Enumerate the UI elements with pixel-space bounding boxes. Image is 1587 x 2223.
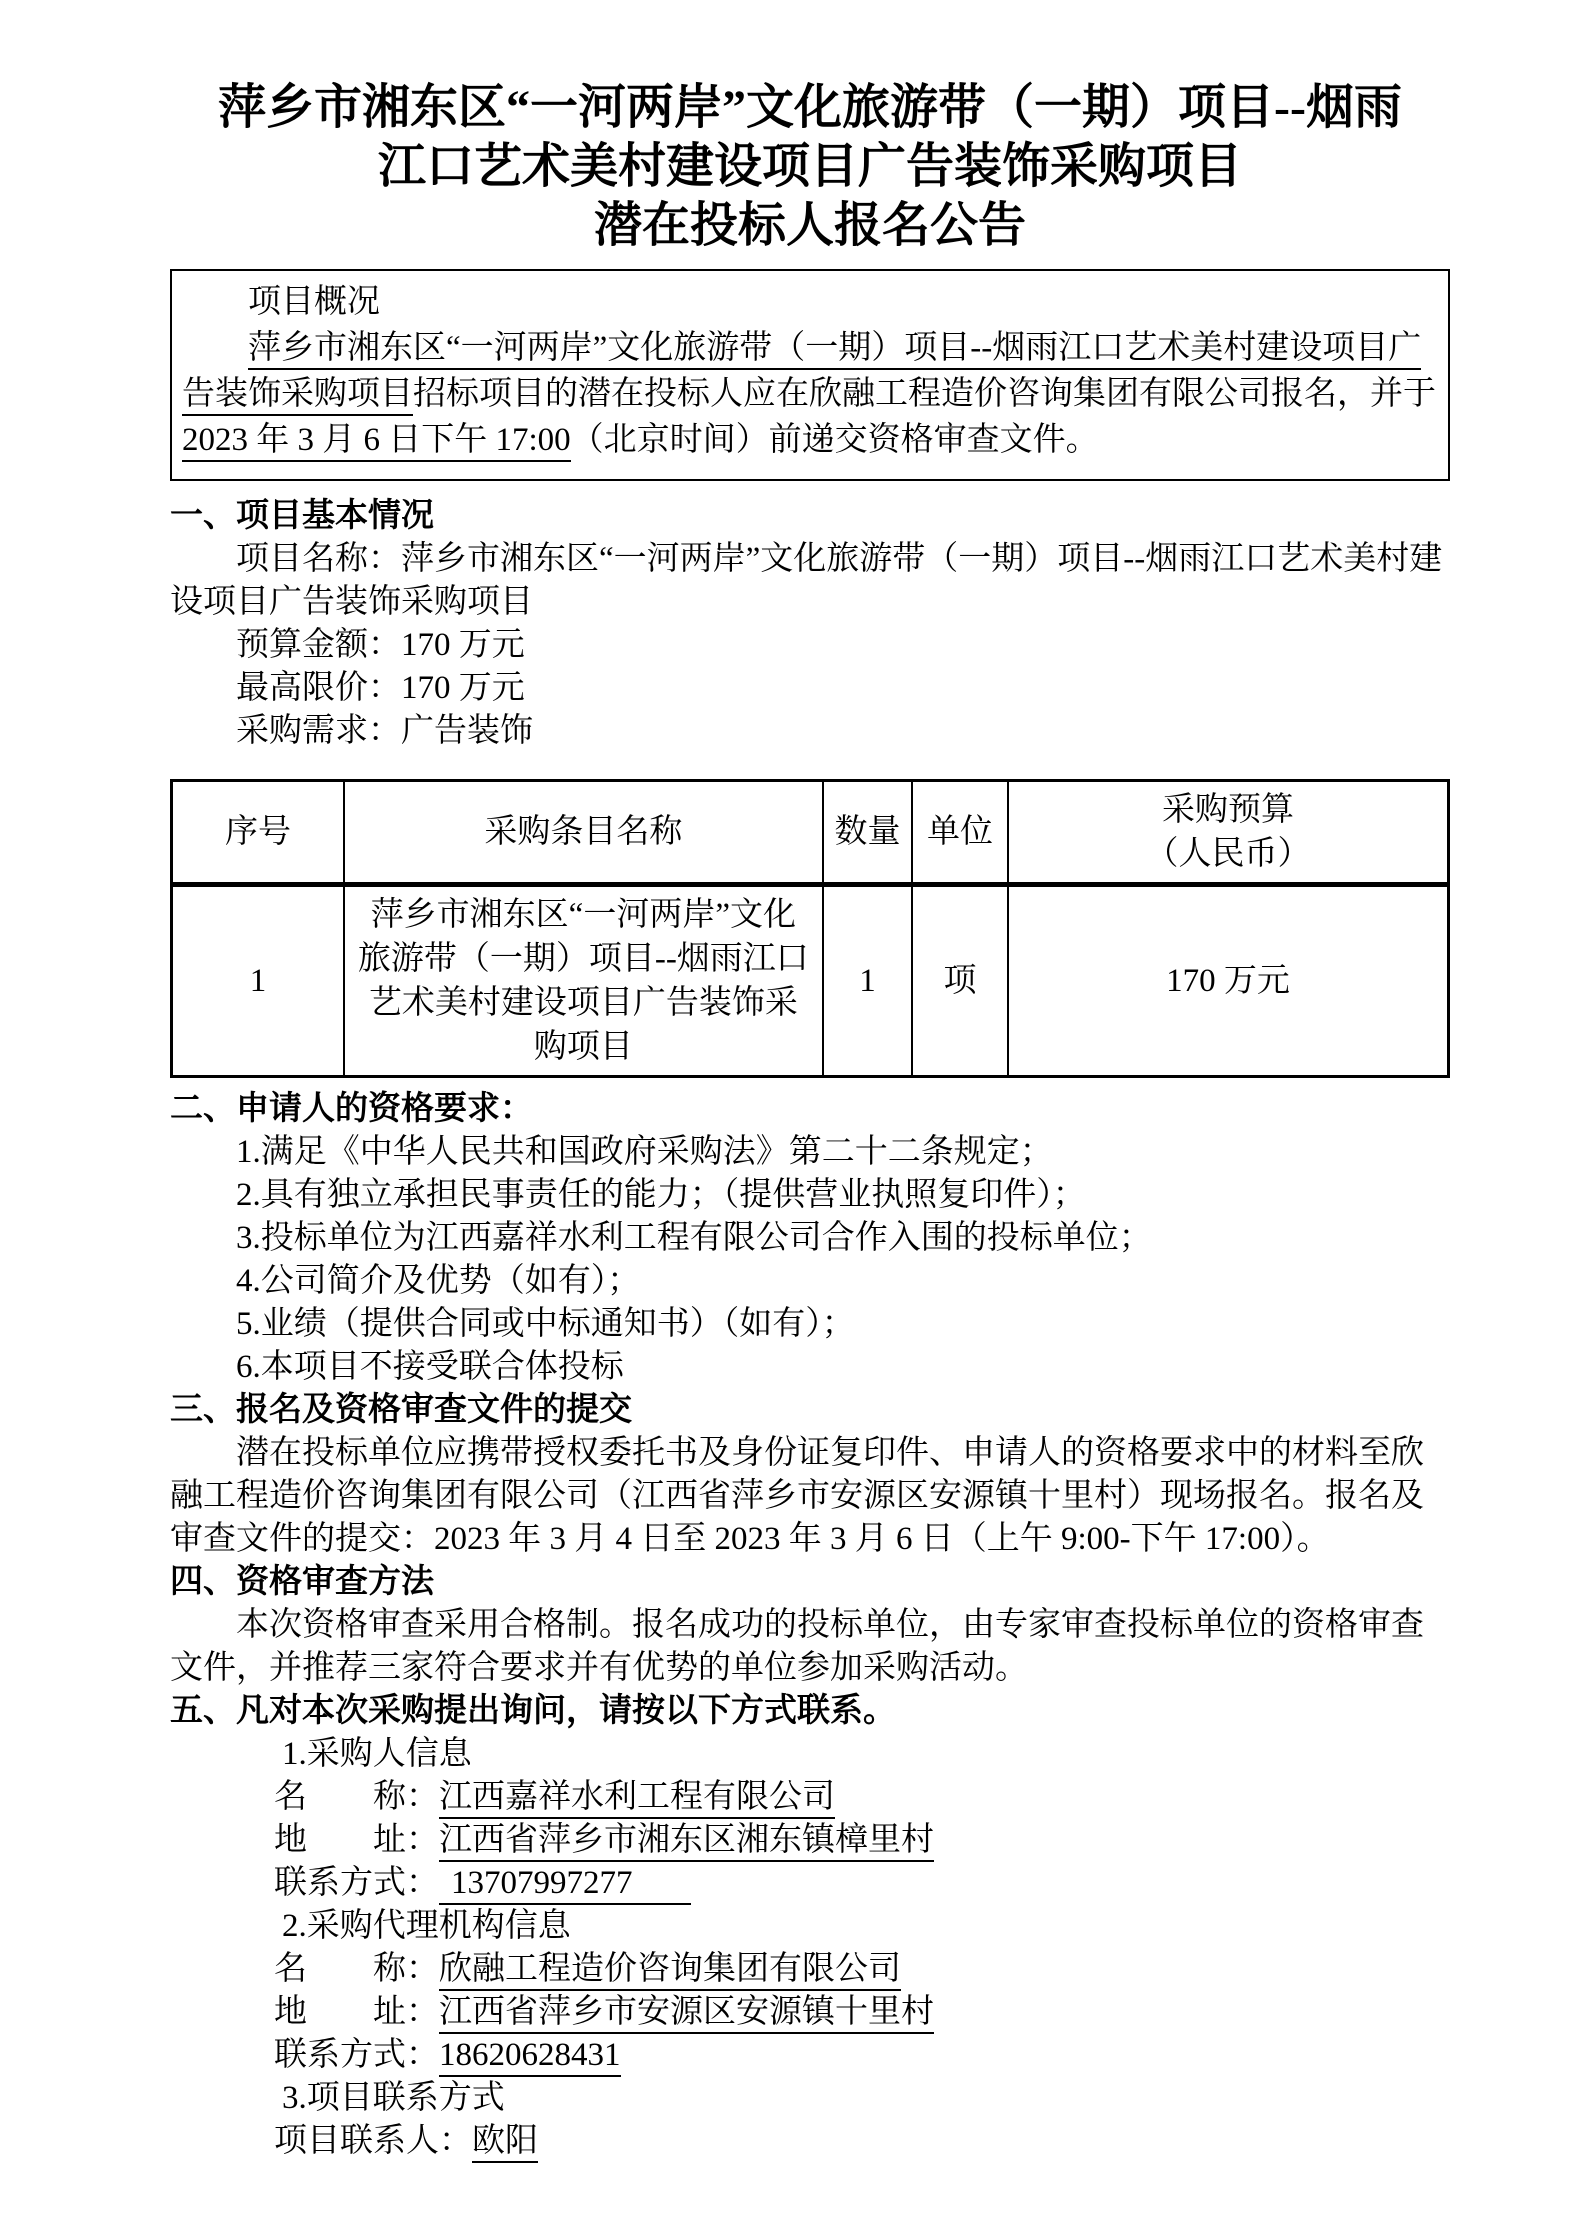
table-cell-qty: 1 <box>823 885 912 1077</box>
agency-name-label: 名 称： <box>274 1951 439 1987</box>
project-contact-line: 项目联系人：欧阳 <box>170 2120 1450 2163</box>
requirement-item-2: 2.具有独立承担民事责任的能力；（提供营业执照复印件）； <box>170 1174 1450 1217</box>
project-contact-label: 项目联系人： <box>274 2123 472 2159</box>
agency-name-line: 名 称：欣融工程造价咨询集团有限公司 <box>170 1948 1450 1991</box>
title-line-2: 江口艺术美村建设项目广告装饰采购项目 <box>170 137 1450 196</box>
requirement-item-3: 3.投标单位为江西嘉祥水利工程有限公司合作入围的投标单位； <box>170 1217 1450 1260</box>
table-header-qty: 数量 <box>823 781 912 885</box>
title-line-1: 萍乡市湘东区“一河两岸”文化旅游带（一期）项目--烟雨 <box>170 78 1450 137</box>
demand-line: 采购需求：广告装饰 <box>170 710 1450 753</box>
requirement-item-1: 1.满足《中华人民共和国政府采购法》第二十二条规定； <box>170 1131 1450 1174</box>
table-cell-no: 1 <box>172 885 344 1077</box>
section-1-heading: 一、项目基本情况 <box>170 495 1450 538</box>
document-title: 萍乡市湘东区“一河两岸”文化旅游带（一期）项目--烟雨 江口艺术美村建设项目广告… <box>170 78 1450 255</box>
agency-phone-line: 联系方式：18620628431 <box>170 2034 1450 2077</box>
purchaser-name-value: 江西嘉祥水利工程有限公司 <box>439 1779 835 1819</box>
agency-address-label: 地 址： <box>274 1994 439 2030</box>
table-header-budget: 采购预算 （人民币） <box>1008 781 1449 885</box>
section-3-heading: 三、报名及资格审查文件的提交 <box>170 1389 1450 1432</box>
purchaser-info-heading: 1.采购人信息 <box>170 1733 1450 1776</box>
title-line-3: 潜在投标人报名公告 <box>170 196 1450 255</box>
overview-paragraph: 萍乡市湘东区“一河两岸”文化旅游带（一期）项目--烟雨江口艺术美村建设项目广告装… <box>182 325 1436 463</box>
project-overview-box: 项目概况 萍乡市湘东区“一河两岸”文化旅游带（一期）项目--烟雨江口艺术美村建设… <box>170 269 1450 481</box>
overview-label: 项目概况 <box>182 279 1436 325</box>
table-cell-budget: 170 万元 <box>1008 885 1449 1077</box>
agency-phone-label: 联系方式： <box>274 2037 439 2073</box>
requirement-item-6: 6.本项目不接受联合体投标 <box>170 1346 1450 1389</box>
purchaser-name-label: 名 称： <box>274 1779 439 1815</box>
budget-line: 预算金额：170 万元 <box>170 624 1450 667</box>
table-header-row: 序号 采购条目名称 数量 单位 采购预算 （人民币） <box>172 781 1449 885</box>
section-4-heading: 四、资格审查方法 <box>170 1561 1450 1604</box>
requirement-item-4: 4.公司简介及优势（如有）； <box>170 1260 1450 1303</box>
purchaser-phone-line: 联系方式：13707997277 <box>170 1862 1450 1905</box>
agency-address-line: 地 址：江西省萍乡市安源区安源镇十里村 <box>170 1991 1450 2034</box>
deadline-underlined: 2023 年 3 月 6 日下午 17:00 <box>182 422 571 462</box>
overview-tail-text: （北京时间）前递交资格审查文件。 <box>571 422 1099 458</box>
agency-phone-value: 18620628431 <box>439 2037 621 2077</box>
table-header-no: 序号 <box>172 781 344 885</box>
section-2-heading: 二、申请人的资格要求： <box>170 1088 1450 1131</box>
table-row: 1 萍乡市湘东区“一河两岸”文化旅游带（一期）项目--烟雨江口艺术美村建设项目广… <box>172 885 1449 1077</box>
document-page: 萍乡市湘东区“一河两岸”文化旅游带（一期）项目--烟雨 江口艺术美村建设项目广告… <box>0 0 1587 2223</box>
agency-address-value: 江西省萍乡市安源区安源镇十里村 <box>439 1994 934 2034</box>
project-name-line: 项目名称：萍乡市湘东区“一河两岸”文化旅游带（一期）项目--烟雨江口艺术美村建设… <box>170 538 1450 624</box>
price-cap-line: 最高限价：170 万元 <box>170 667 1450 710</box>
purchaser-address-value: 江西省萍乡市湘东区湘东镇樟里村 <box>439 1822 934 1862</box>
purchaser-phone-label: 联系方式： <box>274 1865 439 1901</box>
purchaser-name-line: 名 称：江西嘉祥水利工程有限公司 <box>170 1776 1450 1819</box>
agency-info-heading: 2.采购代理机构信息 <box>170 1905 1450 1948</box>
section-4-paragraph: 本次资格审查采用合格制。报名成功的投标单位，由专家审查投标单位的资格审查文件，并… <box>170 1604 1450 1690</box>
project-contact-value: 欧阳 <box>472 2123 538 2163</box>
overview-middle-text: 招标项目的潜在投标人应在欣融工程造价咨询集团有限公司报名，并于 <box>413 376 1436 412</box>
table-header-unit: 单位 <box>912 781 1008 885</box>
project-contact-heading: 3.项目联系方式 <box>170 2077 1450 2120</box>
requirement-item-5: 5.业绩（提供合同或中标通知书）（如有）； <box>170 1303 1450 1346</box>
purchaser-address-line: 地 址：江西省萍乡市湘东区湘东镇樟里村 <box>170 1819 1450 1862</box>
section-3-paragraph: 潜在投标单位应携带授权委托书及身份证复印件、申请人的资格要求中的材料至欣融工程造… <box>170 1432 1450 1561</box>
section-5-heading: 五、凡对本次采购提出询问，请按以下方式联系。 <box>170 1690 1450 1733</box>
table-cell-unit: 项 <box>912 885 1008 1077</box>
table-header-item-name: 采购条目名称 <box>344 781 823 885</box>
agency-name-value: 欣融工程造价咨询集团有限公司 <box>439 1951 901 1991</box>
procurement-items-table: 序号 采购条目名称 数量 单位 采购预算 （人民币） 1 萍乡市湘东区“一河两岸… <box>170 779 1450 1078</box>
table-cell-item-name: 萍乡市湘东区“一河两岸”文化旅游带（一期）项目--烟雨江口艺术美村建设项目广告装… <box>344 885 823 1077</box>
purchaser-phone-value: 13707997277 <box>439 1865 691 1905</box>
purchaser-address-label: 地 址： <box>274 1822 439 1858</box>
